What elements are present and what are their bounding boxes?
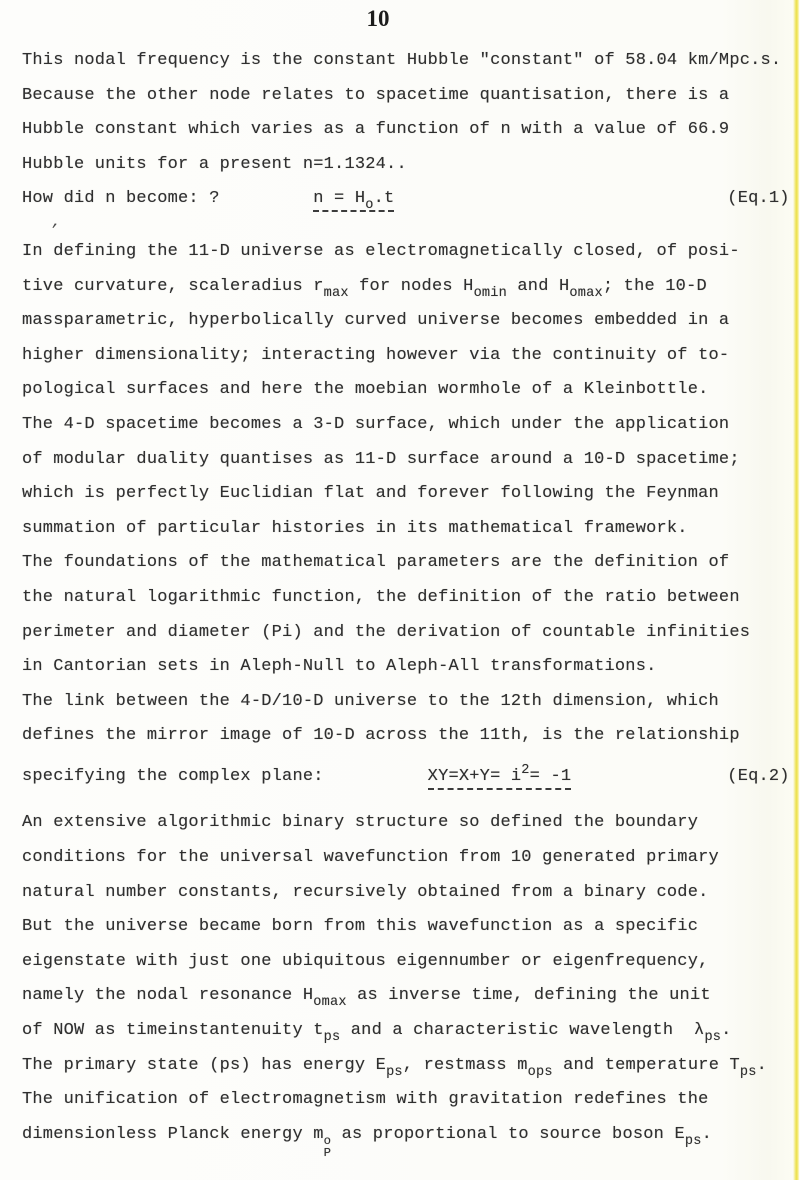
paragraph: In defining the 11-D universe as electro… — [22, 235, 798, 789]
text-line: pological surfaces and here the moebian … — [22, 373, 798, 408]
text-line: Hubble units for a present n=1.1324.. — [22, 148, 798, 183]
text-line: Hubble constant which varies as a functi… — [22, 113, 798, 148]
text-line: natural number constants, recursively ob… — [22, 876, 798, 911]
text-line: But the universe became born from this w… — [22, 910, 798, 945]
text-line: conditions for the universal wavefunctio… — [22, 841, 798, 876]
text-line: The link between the 4-D/10-D universe t… — [22, 685, 798, 720]
stacked-sup-sub: oP — [324, 1136, 332, 1159]
text-line: specifying the complex plane: XY=X+Y= i2… — [22, 754, 798, 789]
text-line: tive curvature, scaleradius rmax for nod… — [22, 270, 798, 305]
text-line: How did n become: ? n = Ho.t (Eq.1) — [22, 182, 798, 217]
text-line: higher dimensionality; interacting howev… — [22, 339, 798, 374]
text-line: The unification of electromagnetism with… — [22, 1083, 798, 1118]
text-line: dimensionless Planck energy moP as propo… — [22, 1118, 798, 1153]
document-body: This nodal frequency is the constant Hub… — [0, 32, 800, 1152]
text-line: eigenstate with just one ubiquitous eige… — [22, 945, 798, 980]
equation-underlined: n = Ho.t — [313, 189, 394, 212]
scan-edge-highlight — [793, 0, 799, 1180]
text-line: This nodal frequency is the constant Hub… — [22, 44, 798, 79]
text-line: of modular duality quantises as 11-D sur… — [22, 443, 798, 478]
equation-underlined: XY=X+Y= i2= -1 — [428, 767, 572, 790]
text-line: The 4-D spacetime becomes a 3-D surface,… — [22, 408, 798, 443]
page-number: 10 — [0, 0, 778, 32]
text-line: defines the mirror image of 10-D across … — [22, 719, 798, 754]
text-line: summation of particular histories in its… — [22, 512, 798, 547]
text-line: the natural logarithmic function, the de… — [22, 581, 798, 616]
paragraph: This nodal frequency is the constant Hub… — [22, 44, 798, 217]
text-line: in Cantorian sets in Aleph-Null to Aleph… — [22, 650, 798, 685]
text-line: namely the nodal resonance Homax as inve… — [22, 979, 798, 1014]
text-line: In defining the 11-D universe as electro… — [22, 235, 798, 270]
text-line: The primary state (ps) has energy Eps, r… — [22, 1049, 798, 1084]
text-line: perimeter and diameter (Pi) and the deri… — [22, 616, 798, 651]
text-line: which is perfectly Euclidian flat and fo… — [22, 477, 798, 512]
text-line: Because the other node relates to spacet… — [22, 79, 798, 114]
document-page: 10 This nodal frequency is the constant … — [0, 0, 800, 1180]
text-line: An extensive algorithmic binary structur… — [22, 806, 798, 841]
paragraph: An extensive algorithmic binary structur… — [22, 806, 798, 1152]
text-line: massparametric, hyperbolically curved un… — [22, 304, 798, 339]
text-line: The foundations of the mathematical para… — [22, 546, 798, 581]
text-line: of NOW as timeinstantenuity tps and a ch… — [22, 1014, 798, 1049]
